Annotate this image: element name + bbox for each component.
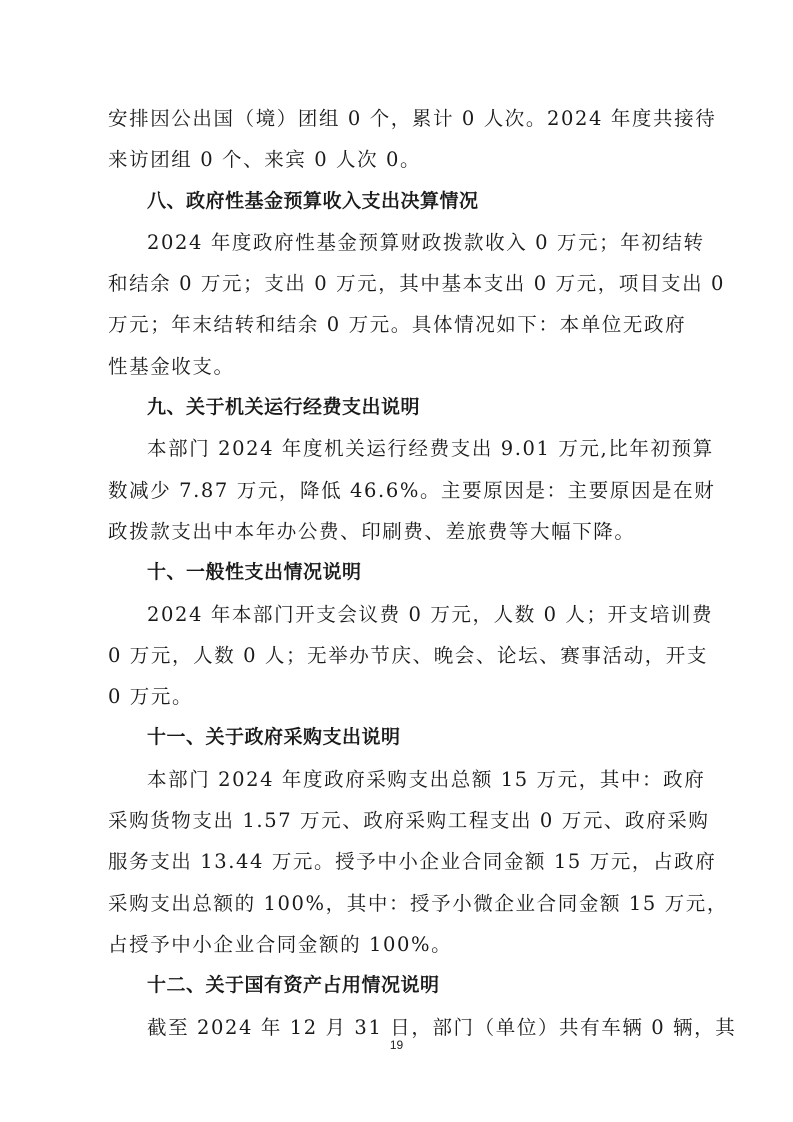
text-line: 采购支出总额的 100%，其中：授予小微企业合同金额 15 万元，	[108, 883, 686, 924]
text-line: 和结余 0 万元；支出 0 万元，其中基本支出 0 万元，项目支出 0	[108, 263, 686, 304]
text-line: 本部门 2024 年度政府采购支出总额 15 万元，其中：政府	[108, 759, 686, 800]
text-line: 采购货物支出 1.57 万元、政府采购工程支出 0 万元、政府采购	[108, 800, 686, 841]
paragraph-procurement: 本部门 2024 年度政府采购支出总额 15 万元，其中：政府 采购货物支出 1…	[108, 759, 686, 965]
text-line: 政拨款支出中本年办公费、印刷费、差旅费等大幅下降。	[108, 511, 686, 552]
text-line: 数减少 7.87 万元，降低 46.6%。主要原因是：主要原因是在财	[108, 470, 686, 511]
text-line: 安排因公出国（境）团组 0 个，累计 0 人次。2024 年度共接待	[108, 98, 686, 139]
text-line: 2024 年度政府性基金预算财政拨款收入 0 万元；年初结转	[108, 222, 686, 263]
paragraph-foreign-visits: 安排因公出国（境）团组 0 个，累计 0 人次。2024 年度共接待 来访团组 …	[108, 98, 686, 181]
text-line: 0 万元。	[108, 676, 686, 717]
section-heading-9: 九、关于机关运行经费支出说明	[108, 387, 686, 428]
section-heading-8: 八、政府性基金预算收入支出决算情况	[108, 181, 686, 222]
text-line: 占授予中小企业合同金额的 100%。	[108, 924, 686, 965]
paragraph-general-expenses: 2024 年本部门开支会议费 0 万元，人数 0 人；开支培训费 0 万元，人数…	[108, 594, 686, 718]
text-line: 本部门 2024 年度机关运行经费支出 9.01 万元,比年初预算	[108, 428, 686, 469]
section-heading-10: 十、一般性支出情况说明	[108, 552, 686, 593]
section-heading-11: 十一、关于政府采购支出说明	[108, 717, 686, 758]
section-heading-12: 十二、关于国有资产占用情况说明	[108, 965, 686, 1006]
text-line: 来访团组 0 个、来宾 0 人次 0。	[108, 139, 686, 180]
paragraph-government-fund: 2024 年度政府性基金预算财政拨款收入 0 万元；年初结转 和结余 0 万元；…	[108, 222, 686, 387]
text-line: 万元；年末结转和结余 0 万元。具体情况如下：本单位无政府	[108, 304, 686, 345]
text-line: 2024 年本部门开支会议费 0 万元，人数 0 人；开支培训费	[108, 594, 686, 635]
document-page: 安排因公出国（境）团组 0 个，累计 0 人次。2024 年度共接待 来访团组 …	[0, 0, 793, 1122]
document-body: 安排因公出国（境）团组 0 个，累计 0 人次。2024 年度共接待 来访团组 …	[108, 98, 686, 1048]
page-number: 19	[0, 1038, 793, 1052]
text-line: 性基金收支。	[108, 346, 686, 387]
text-line: 服务支出 13.44 万元。授予中小企业合同金额 15 万元，占政府	[108, 841, 686, 882]
paragraph-operating-expenses: 本部门 2024 年度机关运行经费支出 9.01 万元,比年初预算 数减少 7.…	[108, 428, 686, 552]
text-line: 0 万元，人数 0 人；无举办节庆、晚会、论坛、赛事活动，开支	[108, 635, 686, 676]
